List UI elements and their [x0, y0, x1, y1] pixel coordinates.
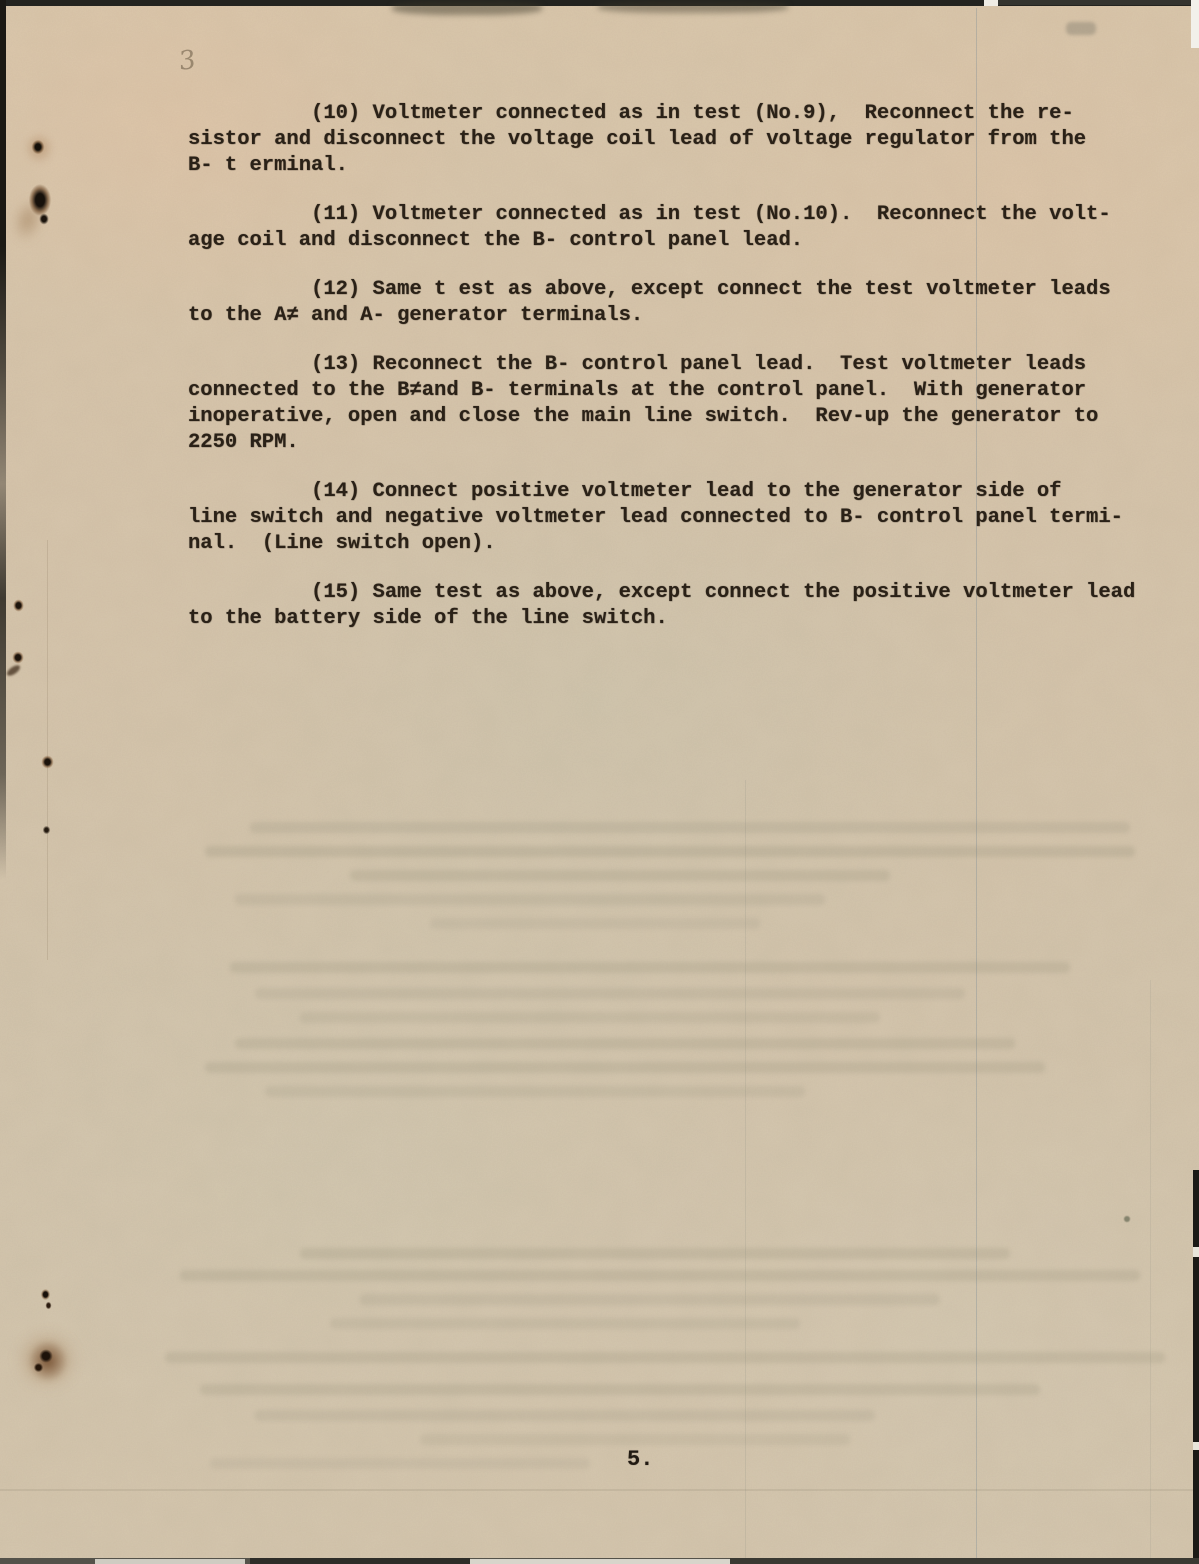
- bleed-through-mark: [1066, 22, 1096, 35]
- burn-spot: [33, 1362, 44, 1373]
- ink-stain: [5, 663, 21, 677]
- scan-edge-right-sliver: [1191, 0, 1199, 48]
- paragraph-11: (11) Voltmeter connected as in test (No.…: [188, 202, 1188, 254]
- scan-edge-top: [0, 0, 1199, 6]
- scan-edge-left: [0, 0, 6, 880]
- bleed-through-line: [265, 1086, 805, 1097]
- ink-stain: [24, 132, 54, 164]
- bleed-through-line: [300, 1012, 880, 1023]
- bleed-through-line: [230, 962, 1070, 973]
- scan-edge-right: [1193, 1170, 1199, 1564]
- bleed-through-line: [235, 894, 825, 905]
- burn-spot: [28, 1340, 68, 1382]
- bleed-through-line: [420, 1434, 850, 1445]
- paper-crease: [0, 1489, 1199, 1491]
- scan-edge-smudge: [598, 1, 788, 13]
- burn-spot: [16, 1330, 78, 1390]
- bleed-through-line: [350, 870, 890, 881]
- speck: [1124, 1216, 1130, 1222]
- bleed-through-line: [255, 1410, 875, 1421]
- bleed-through-line: [300, 1248, 1010, 1259]
- scan-edge-top-notch: [984, 0, 998, 6]
- scan-edge-bottom-dark: [250, 1558, 470, 1564]
- bleed-through-line: [205, 1062, 1045, 1073]
- bleed-through-line: [235, 1038, 1015, 1049]
- paper-crease: [745, 780, 746, 1564]
- scan-edge-right-notch: [1193, 1442, 1199, 1450]
- paragraph-13: (13) Reconnect the B- control panel lead…: [188, 352, 1188, 456]
- ink-stain: [12, 598, 25, 613]
- pencil-annotation: 3: [179, 45, 195, 77]
- bleed-through-line: [180, 1270, 1140, 1281]
- scan-edge-top-right: [998, 0, 1199, 5]
- ink-stain: [30, 138, 46, 156]
- ink-stain: [11, 650, 25, 665]
- bleed-through-line: [200, 1384, 1040, 1395]
- bleed-through-line: [255, 988, 965, 999]
- ink-stain: [26, 180, 54, 220]
- page-number: 5.: [627, 1447, 653, 1472]
- scan-edge-bottom-light: [95, 1559, 245, 1564]
- ink-stain: [38, 212, 50, 226]
- bleed-through-line: [205, 846, 1135, 857]
- scan-edge-bottom-light: [470, 1559, 730, 1564]
- bleed-through-line: [330, 1318, 800, 1329]
- paragraph-12: (12) Same t est as above, except connect…: [188, 277, 1188, 329]
- burn-spot: [38, 1348, 54, 1364]
- paper-crease: [1150, 980, 1151, 1564]
- scan-edge-smudge: [392, 1, 542, 15]
- paragraph-14: (14) Connect positive voltmeter lead to …: [188, 479, 1188, 557]
- bleed-through-line: [210, 1458, 590, 1469]
- ink-stain: [40, 754, 55, 770]
- paragraph-10: (10) Voltmeter connected as in test (No.…: [188, 101, 1188, 179]
- typed-text-block: (10) Voltmeter connected as in test (No.…: [188, 101, 1188, 655]
- ink-stain: [9, 195, 47, 245]
- ink-stain: [40, 1288, 51, 1301]
- bleed-through-line: [250, 822, 1130, 833]
- scan-edge-right-notch: [1193, 1247, 1199, 1257]
- ink-stain: [45, 1301, 52, 1310]
- paragraph-15: (15) Same test as above, except connect …: [188, 580, 1188, 632]
- bleed-through-line: [360, 1294, 940, 1305]
- ink-stain: [42, 825, 51, 835]
- document-page: (10) Voltmeter connected as in test (No.…: [0, 0, 1199, 1564]
- bleed-through-line: [165, 1352, 1165, 1363]
- paper-crease: [47, 540, 48, 960]
- scan-edge-bottom-dark: [730, 1558, 1199, 1564]
- bleed-through-line: [430, 918, 760, 929]
- scan-edge-bottom: [0, 1558, 1199, 1564]
